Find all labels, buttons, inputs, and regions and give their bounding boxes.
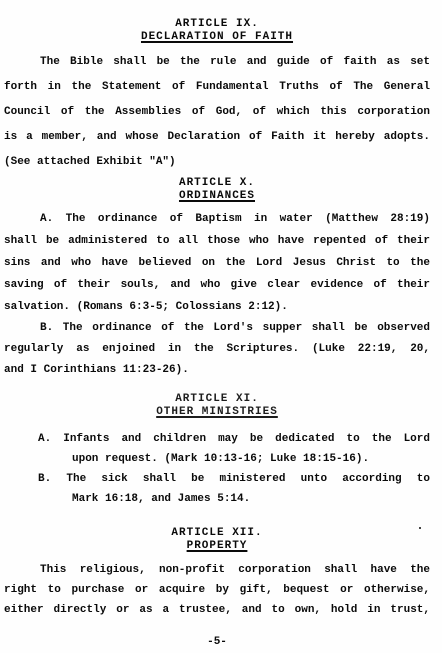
page-number: -5- (4, 632, 430, 652)
text-line: saving of their souls, and who give clea… (4, 274, 430, 296)
text-line: B. The ordinance of the Lord's supper sh… (4, 318, 430, 339)
text-line: right to purchase or acquire by gift, be… (4, 580, 430, 600)
article-xi-heading: ARTICLE XI. (4, 393, 430, 406)
article-xii-heading-block: ARTICLE XII. PROPERTY (4, 527, 430, 553)
article-ix-paragraph: The Bible shall be the rule and guide of… (4, 50, 430, 175)
article-ix-title: DECLARATION OF FAITH (4, 31, 430, 44)
article-xi-item-b: B. The sick shall be ministered unto acc… (4, 469, 430, 509)
text-line: A. Infants and children may be dedicated… (4, 429, 430, 449)
text-line: The Bible shall be the rule and guide of… (4, 50, 430, 75)
article-x-heading-block: ARTICLE X. ORDINANCES (4, 177, 430, 203)
article-ix-heading: ARTICLE IX. (4, 18, 430, 31)
text-line: and I Corinthians 11:23-26). (4, 360, 430, 381)
text-line: Council of the Assemblies of God, of whi… (4, 100, 430, 125)
text-line: is a member, and whose Declaration of Fa… (4, 125, 430, 150)
text-line: sins and who have believed on the Lord J… (4, 252, 430, 274)
text-line: Mark 16:18, and James 5:14. (4, 489, 430, 509)
scan-speck (419, 527, 421, 529)
article-xii-paragraph: This religious, non-profit corporation s… (4, 560, 430, 620)
article-x-heading: ARTICLE X. (4, 177, 430, 190)
article-x-paragraph-b: B. The ordinance of the Lord's supper sh… (4, 318, 430, 381)
text-line: A. The ordinance of Baptism in water (Ma… (4, 208, 430, 230)
article-xi-item-a: A. Infants and children may be dedicated… (4, 429, 430, 469)
text-line: B. The sick shall be ministered unto acc… (4, 469, 430, 489)
text-line: upon request. (Mark 10:13-16; Luke 18:15… (4, 449, 430, 469)
text-line: (See attached Exhibit "A") (4, 150, 430, 175)
text-line: shall be administered to all those who h… (4, 230, 430, 252)
article-xii-heading: ARTICLE XII. (4, 527, 430, 540)
text-line: either directly or as a trustee, and to … (4, 600, 430, 620)
article-xi-title: OTHER MINISTRIES (4, 406, 430, 419)
article-xii-title: PROPERTY (4, 540, 430, 553)
article-xi-heading-block: ARTICLE XI. OTHER MINISTRIES (4, 393, 430, 419)
text-line: regularly as enjoined in the Scriptures.… (4, 339, 430, 360)
text-line: forth in the Statement of Fundamental Tr… (4, 75, 430, 100)
article-x-paragraph-a: A. The ordinance of Baptism in water (Ma… (4, 208, 430, 318)
document-page: ARTICLE IX. DECLARATION OF FAITH The Bib… (0, 0, 442, 653)
article-ix-heading-block: ARTICLE IX. DECLARATION OF FAITH (4, 18, 430, 44)
text-line: salvation. (Romans 6:3-5; Colossians 2:1… (4, 296, 430, 318)
article-x-title: ORDINANCES (4, 190, 430, 203)
text-line: This religious, non-profit corporation s… (4, 560, 430, 580)
